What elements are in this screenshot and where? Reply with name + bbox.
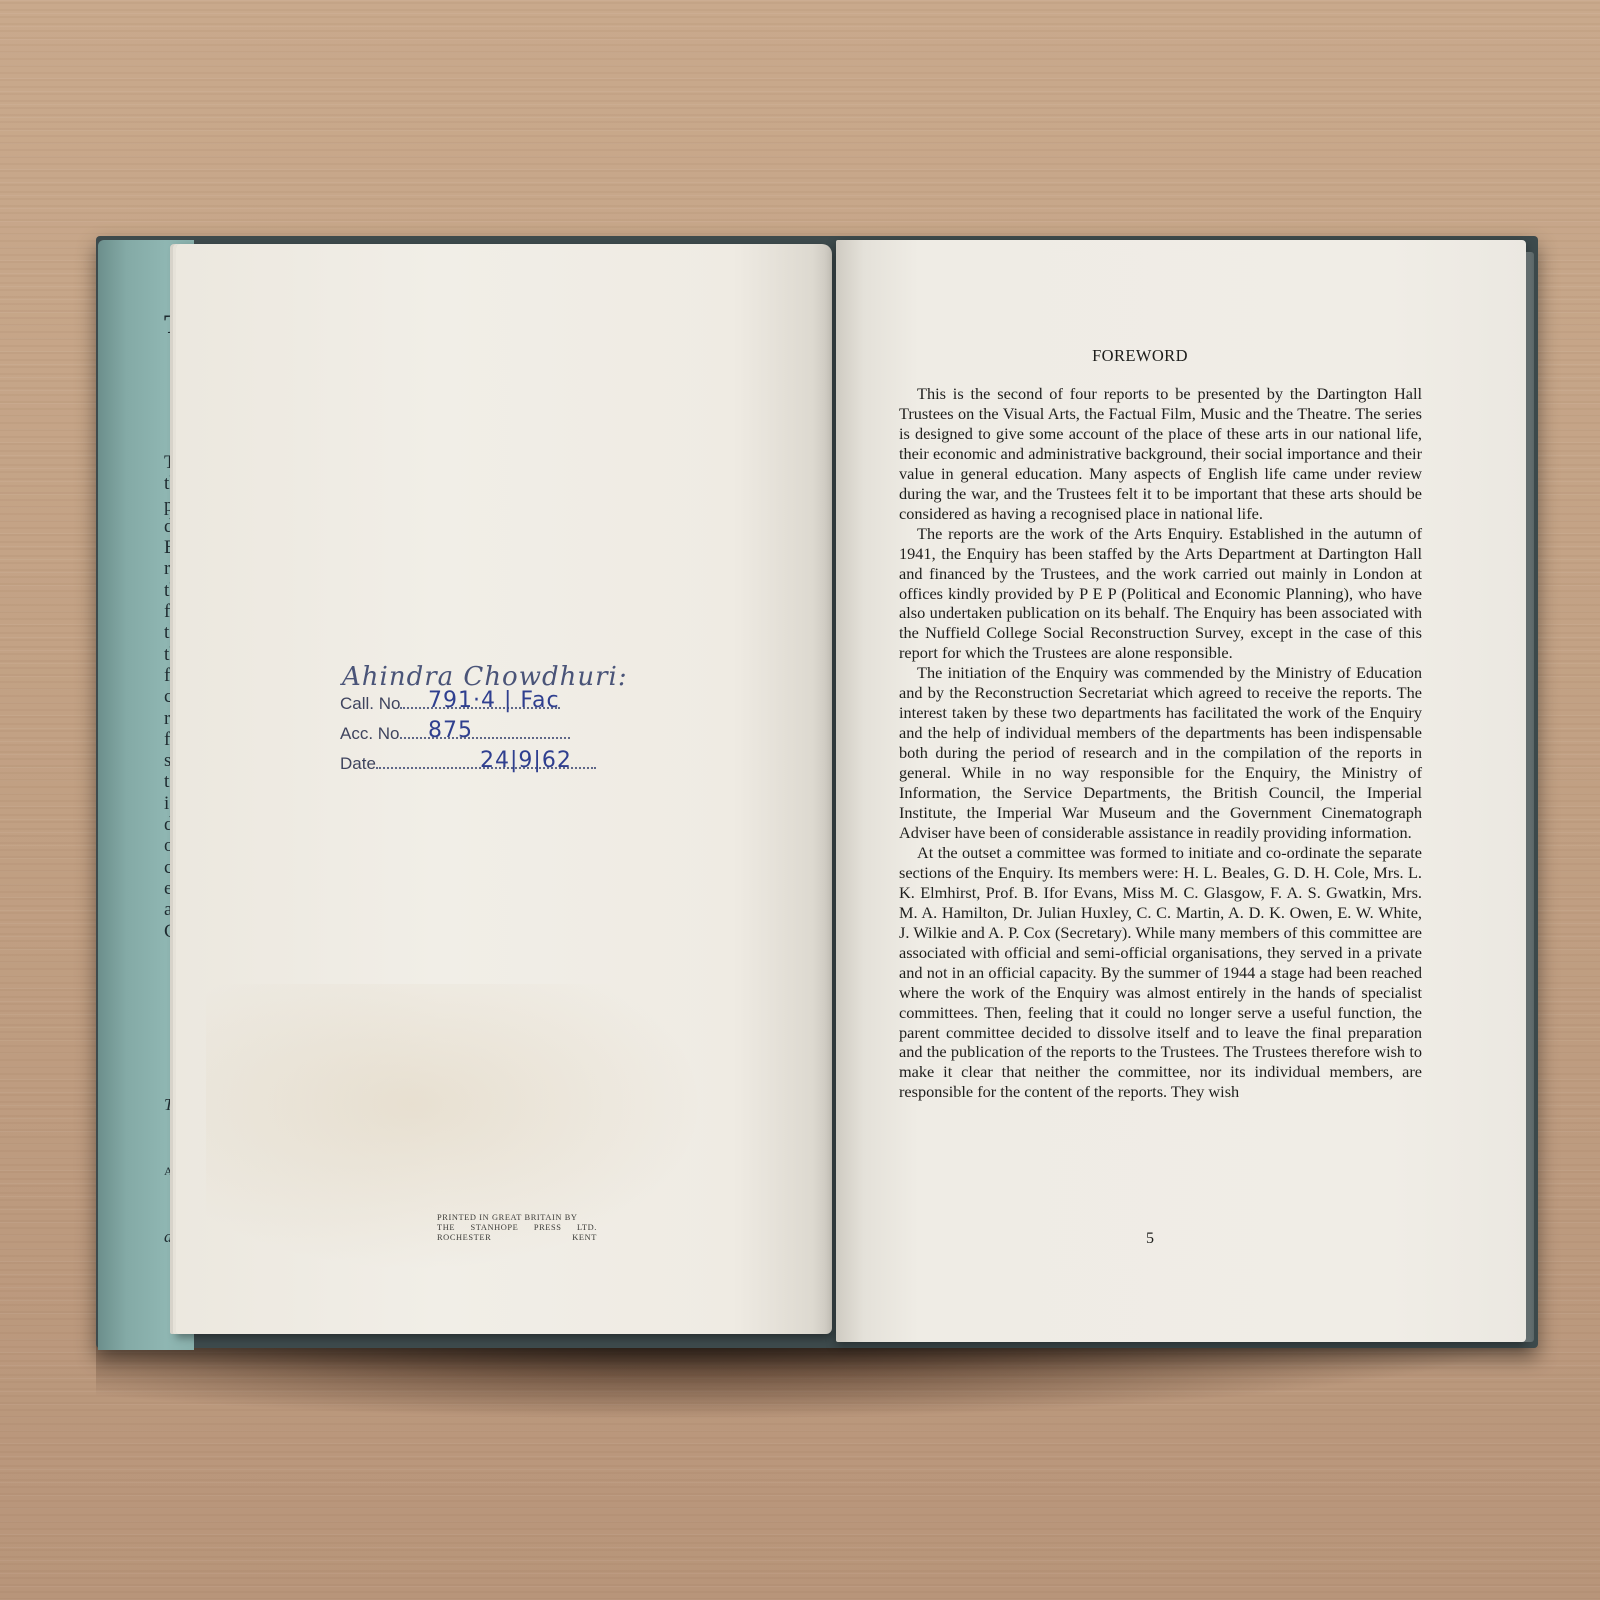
stamp-call-number: Call. No 791·4 | Fac — [340, 694, 630, 722]
page-number: 5 — [1146, 1230, 1154, 1248]
printer-imprint: PRINTED IN GREAT BRITAIN BY THE STANHOPE… — [437, 1213, 597, 1243]
left-page — [176, 244, 832, 1334]
paragraph: This is the second of four reports to be… — [899, 384, 1422, 524]
paragraph: The initiation of the Enquiry was commen… — [899, 663, 1422, 843]
stamp-date: Date 24|9|62 — [340, 754, 630, 782]
foreword-body: This is the second of four reports to be… — [899, 384, 1422, 1102]
foreword-heading: FOREWORD — [880, 346, 1400, 366]
paragraph: The reports are the work of the Arts Enq… — [899, 524, 1422, 664]
paragraph: At the outset a committee was formed to … — [899, 843, 1422, 1102]
library-stamp: Ahindra Chowdhuri: Call. No 791·4 | Fac … — [340, 662, 630, 782]
